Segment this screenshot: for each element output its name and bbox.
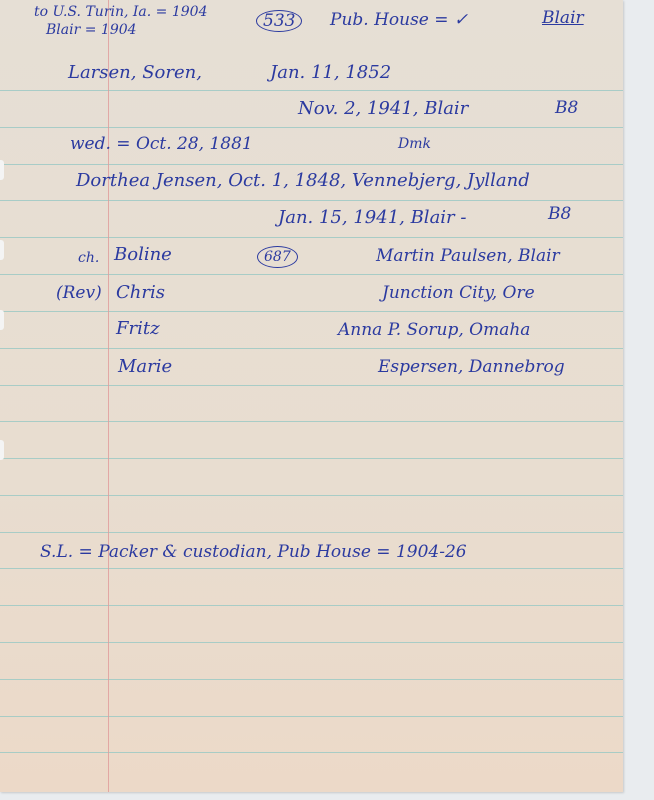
header-origin-note: to U.S. Turin, Ia. = 1904 (34, 4, 208, 20)
rule-line (0, 348, 623, 349)
rule-line (0, 495, 623, 496)
torn-edge (0, 240, 4, 260)
rule-line (0, 679, 623, 680)
rule-line (0, 311, 623, 312)
child-detail: Junction City, Ore (382, 283, 535, 303)
child-name: Marie (118, 356, 172, 377)
child-detail: Espersen, Dannebrog (378, 357, 565, 377)
rule-line (0, 385, 623, 386)
children-ref-number: 687 (257, 246, 298, 268)
rule-line (0, 164, 623, 165)
child-prefix: (Rev) (56, 283, 102, 303)
rule-line (0, 642, 623, 643)
rule-line (0, 716, 623, 717)
rule-line (0, 127, 623, 128)
torn-edge (0, 310, 4, 330)
wife-name-birth: Dorthea Jensen, Oct. 1, 1848, Vennebjerg… (76, 170, 530, 191)
location-label: Blair (542, 8, 584, 28)
husband-birth: Jan. 11, 1852 (270, 62, 391, 83)
rule-line (0, 200, 623, 201)
child-name: Fritz (116, 318, 160, 339)
rule-line (0, 605, 623, 606)
header-blair-note: Blair = 1904 (46, 22, 137, 38)
husband-name: Larsen, Soren, (68, 62, 202, 83)
marriage-date: wed. = Oct. 28, 1881 (70, 134, 253, 154)
torn-edge (0, 160, 4, 180)
rule-line (0, 237, 623, 238)
wife-death-code: B8 (548, 204, 571, 224)
pub-house-check: Pub. House = ✓ (330, 10, 468, 30)
rule-line (0, 90, 623, 91)
rule-line (0, 274, 623, 275)
torn-edge (0, 440, 4, 460)
children-label: ch. (78, 250, 99, 266)
margin-line (108, 0, 109, 792)
child-detail: Anna P. Sorup, Omaha (338, 320, 530, 340)
child-name: Boline (114, 244, 172, 265)
child-detail: Martin Paulsen, Blair (376, 246, 560, 266)
rule-line (0, 421, 623, 422)
rule-line (0, 752, 623, 753)
rule-line (0, 458, 623, 459)
children-ref-oval: 687 (257, 246, 298, 268)
rule-line (0, 568, 623, 569)
husband-death: Nov. 2, 1941, Blair (298, 98, 468, 119)
child-name: Chris (116, 282, 165, 303)
marriage-origin: Dmk (398, 136, 431, 152)
footer-note: S.L. = Packer & custodian, Pub House = 1… (40, 542, 467, 562)
rule-line (0, 532, 623, 533)
notebook-page: to U.S. Turin, Ia. = 1904 Blair = 1904 5… (0, 0, 623, 792)
record-number-oval: 533 (256, 10, 302, 32)
wife-death: Jan. 15, 1941, Blair - (278, 207, 466, 228)
husband-death-code: B8 (555, 98, 578, 118)
record-number: 533 (256, 10, 302, 32)
